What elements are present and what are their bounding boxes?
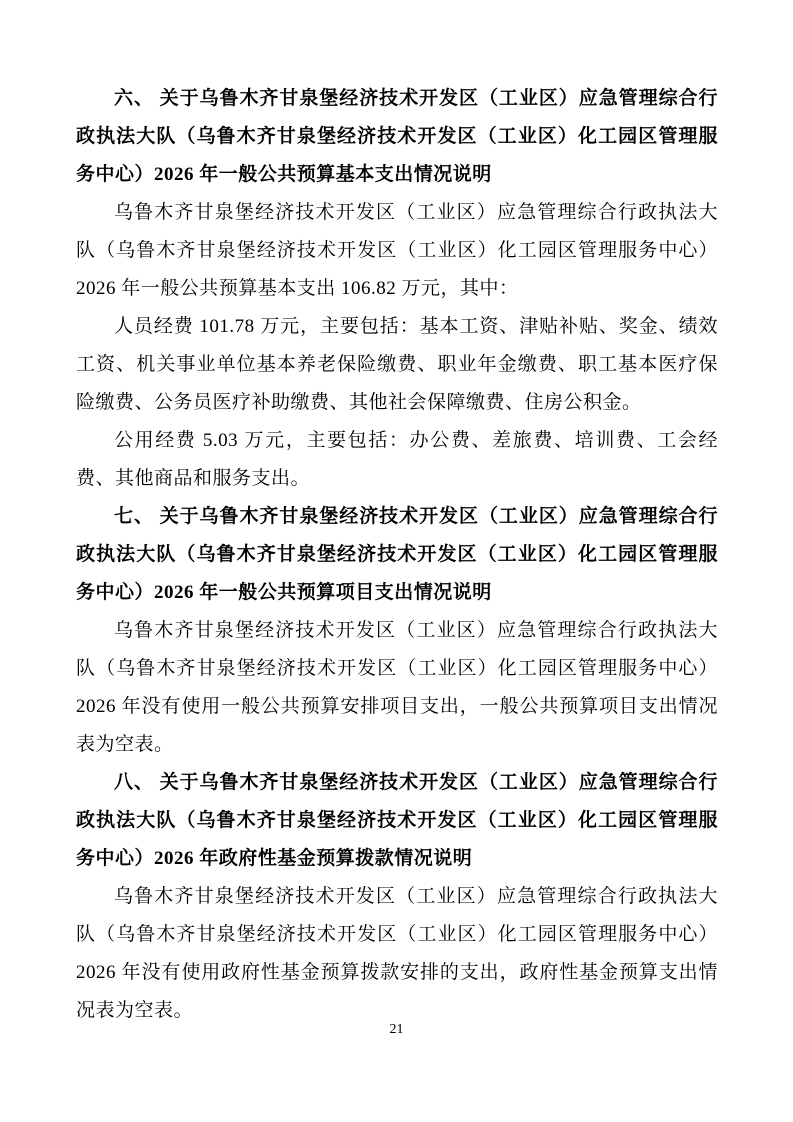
section-eight-paragraph: 乌鲁木齐甘泉堡经济技术开发区（工业区）应急管理综合行政执法大队（乌鲁木齐甘泉堡经…	[76, 878, 718, 1030]
section-six-paragraph-total: 乌鲁木齐甘泉堡经济技术开发区（工业区）应急管理综合行政执法大队（乌鲁木齐甘泉堡经…	[76, 194, 718, 308]
section-eight: 八、 关于乌鲁木齐甘泉堡经济技术开发区（工业区）应急管理综合行政执法大队（乌鲁木…	[76, 764, 718, 1030]
section-eight-heading: 八、 关于乌鲁木齐甘泉堡经济技术开发区（工业区）应急管理综合行政执法大队（乌鲁木…	[76, 764, 718, 878]
section-seven-heading: 七、 关于乌鲁木齐甘泉堡经济技术开发区（工业区）应急管理综合行政执法大队（乌鲁木…	[76, 498, 718, 612]
section-six-paragraph-public: 公用经费 5.03 万元，主要包括：办公费、差旅费、培训费、工会经费、其他商品和…	[76, 422, 718, 498]
page-number: 21	[0, 1020, 793, 1040]
section-seven: 七、 关于乌鲁木齐甘泉堡经济技术开发区（工业区）应急管理综合行政执法大队（乌鲁木…	[76, 498, 718, 764]
section-six-heading: 六、 关于乌鲁木齐甘泉堡经济技术开发区（工业区）应急管理综合行政执法大队（乌鲁木…	[76, 80, 718, 194]
document-content: 六、 关于乌鲁木齐甘泉堡经济技术开发区（工业区）应急管理综合行政执法大队（乌鲁木…	[76, 80, 718, 1030]
document-page: 六、 关于乌鲁木齐甘泉堡经济技术开发区（工业区）应急管理综合行政执法大队（乌鲁木…	[0, 0, 793, 1122]
section-seven-paragraph: 乌鲁木齐甘泉堡经济技术开发区（工业区）应急管理综合行政执法大队（乌鲁木齐甘泉堡经…	[76, 612, 718, 764]
section-six-paragraph-personnel: 人员经费 101.78 万元，主要包括：基本工资、津贴补贴、奖金、绩效工资、机关…	[76, 308, 718, 422]
section-six: 六、 关于乌鲁木齐甘泉堡经济技术开发区（工业区）应急管理综合行政执法大队（乌鲁木…	[76, 80, 718, 498]
